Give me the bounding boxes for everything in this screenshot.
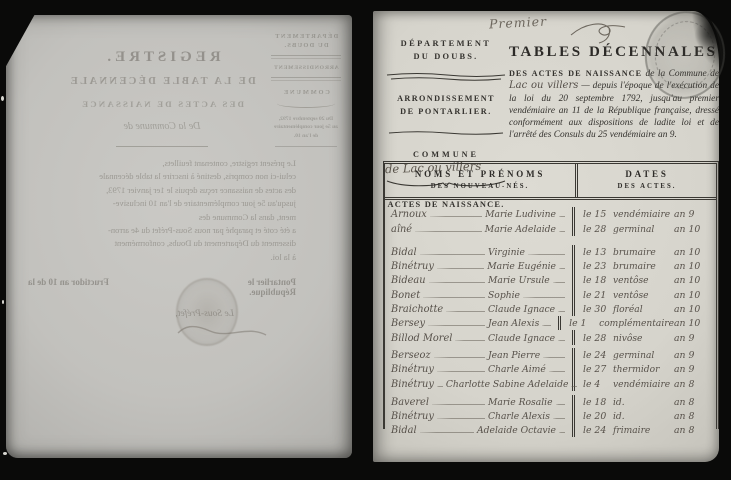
given-names-handwritten: Marie Rosalie — [488, 397, 553, 408]
dates-header-line2: DES ACTES. — [578, 183, 716, 190]
name-cell: Bideau Marie Ursule — [385, 273, 575, 287]
table-row: Berseoz Jean Pierre le 24 germinal an 9 — [385, 348, 716, 362]
dash-leader — [437, 371, 485, 372]
date-year-handwritten: an 10 — [674, 318, 710, 329]
surname-handwritten: Berseoz — [391, 350, 431, 361]
date-cell: le 30 floréal an 10 — [575, 302, 716, 316]
bleed-side-line: ARRONDISSEMENT — [262, 65, 350, 71]
intro-dash: — — [578, 81, 592, 91]
date-cell: le 13 brumaire an 10 — [575, 245, 716, 259]
dash-leader — [559, 216, 565, 217]
date-year-handwritten: an 8 — [674, 397, 710, 408]
bleed-side-smalltext: Du 20 septembre 1792, au 5e jour complém… — [262, 115, 350, 140]
dash-leader — [430, 216, 482, 217]
dash-leader — [437, 418, 485, 419]
surname-handwritten: Binétruy — [391, 379, 434, 390]
date-year-handwritten: an 8 — [674, 425, 710, 436]
bleed-date: Fructidor an 10 de la — [28, 277, 109, 287]
date-month-handwritten: brumaire — [613, 262, 674, 272]
name-cell: Bidal Virginie — [385, 245, 575, 259]
date-day-handwritten: le 24 — [583, 425, 613, 436]
dash-leader — [437, 268, 484, 269]
surname-wrap: Bidal — [391, 425, 477, 436]
date-month-handwritten: id. — [613, 398, 674, 408]
dash-leader — [432, 404, 485, 405]
date-month-handwritten: vendémiaire — [613, 380, 674, 390]
date-month-handwritten: complémentaire — [599, 319, 674, 329]
table-header: NOMS ET PRÉNOMS DES NOUVEAU-NÉS. DATES D… — [385, 164, 716, 200]
departement-label: DÉPARTEMENT — [383, 39, 509, 48]
date-month-handwritten: thermidor — [613, 365, 674, 375]
date-day-handwritten: le 20 — [583, 411, 613, 422]
date-year-handwritten: an 8 — [674, 379, 710, 390]
surname-wrap: Bersey — [391, 318, 488, 329]
dash-leader — [549, 371, 565, 372]
surname-wrap: Arnoux — [391, 209, 485, 220]
table-row: Bersey Jean Alexis le 1 complémentaire a… — [385, 316, 716, 330]
dash-leader — [420, 254, 485, 255]
date-day-handwritten: le 1 — [569, 318, 599, 329]
table-row: Bidal Adelaide Octavie le 24 frimaire an… — [385, 423, 716, 437]
departement-value: DU DOUBS. — [383, 52, 509, 61]
surname-wrap: Bidal — [391, 247, 488, 258]
bleed-side-rule — [271, 55, 341, 59]
surname-handwritten: aîné — [391, 224, 412, 235]
table-row: Arnoux Marie Ludivine le 15 vendémiaire … — [385, 207, 716, 221]
surname-handwritten: Arnoux — [391, 209, 427, 220]
date-month-handwritten: id. — [613, 412, 674, 422]
dash-leader — [428, 325, 485, 326]
date-cell: le 28 germinal an 10 — [575, 221, 716, 235]
film-speck — [3, 452, 7, 455]
dash-leader — [542, 325, 551, 326]
bleed-paragraph-line: Le présent registre, contenant feuillets… — [28, 157, 296, 170]
film-speck — [1, 96, 4, 101]
given-names-handwritten: Marie Ursule — [488, 275, 550, 286]
name-cell: Binétruy Marie Eugénie — [385, 259, 575, 273]
bleed-subtitle: DE LA TABLE DÉCENNALE — [28, 76, 296, 87]
dates-header: DATES DES ACTES. — [578, 164, 716, 197]
given-names-handwritten: Jean Pierre — [488, 350, 540, 361]
dash-leader — [556, 404, 565, 405]
bleed-side-line: DÉPARTEMENT — [262, 33, 350, 40]
date-cell: le 18 id. an 8 — [575, 395, 716, 409]
date-day-handwritten: le 23 — [583, 261, 613, 272]
date-cell: le 28 nivôse an 9 — [575, 330, 716, 344]
surname-handwritten: Braichotte — [391, 304, 443, 315]
surname-wrap: Bideau — [391, 275, 488, 286]
bleed-paragraph-line: des actes de naissance reçus depuis le 1… — [28, 184, 296, 197]
date-cell: le 20 id. an 8 — [575, 409, 716, 423]
name-cell: Braichotte Claude Ignace — [385, 302, 575, 316]
name-cell: Billod Morel Claude Ignace — [385, 330, 575, 344]
given-names-handwritten: Virginie — [488, 247, 525, 258]
given-names-handwritten: Charle Alexis — [488, 411, 550, 422]
surname-wrap: Bonet — [391, 290, 488, 301]
bleed-paragraph-line: dissement du Département du Doubs, confo… — [28, 237, 296, 250]
surname-handwritten: Baverel — [391, 397, 429, 408]
given-names-handwritten: Claude Ignace — [488, 304, 555, 315]
surname-wrap: Baverel — [391, 397, 488, 408]
dates-header-line1: DATES — [578, 169, 716, 179]
date-day-handwritten: le 28 — [583, 224, 613, 235]
surname-wrap: Berseoz — [391, 350, 488, 361]
date-month-handwritten: frimaire — [613, 426, 674, 436]
name-cell: Baverel Marie Rosalie — [385, 395, 575, 409]
surname-handwritten: Bidal — [391, 425, 417, 436]
table-row: Bonet Sophie le 21 ventôse an 10 — [385, 287, 716, 301]
date-year-handwritten: an 10 — [674, 261, 710, 272]
date-day-handwritten: le 21 — [583, 290, 613, 301]
table-row: Billod Morel Claude Ignace le 28 nivôse … — [385, 330, 716, 344]
ornamental-rule — [383, 68, 509, 86]
date-year-handwritten: an 9 — [674, 350, 710, 361]
dash-leader — [559, 432, 565, 433]
date-cell: le 24 germinal an 9 — [575, 348, 716, 362]
bleed-subtitle-2: DES ACTES DE NAISSANCE — [28, 99, 296, 109]
date-day-handwritten: le 18 — [583, 275, 613, 286]
date-month-handwritten: germinal — [613, 351, 674, 361]
table-row: Braichotte Claude Ignace le 30 floréal a… — [385, 302, 716, 316]
bleed-side-rule — [271, 77, 341, 81]
surname-handwritten: Bidal — [391, 247, 417, 258]
bleed-republique: République. — [28, 287, 296, 297]
dash-leader — [543, 357, 565, 358]
name-cell: Binétruy Charlotte Sabine Adelaide — [385, 376, 575, 390]
dash-leader — [558, 311, 565, 312]
table-row: Binétruy Charlotte Sabine Adelaide le 4 … — [385, 376, 716, 390]
date-year-handwritten: an 9 — [674, 333, 710, 344]
dash-leader — [455, 340, 485, 341]
surname-wrap: Braichotte — [391, 304, 488, 315]
arrondissement-value: DE PONTARLIER. — [383, 107, 509, 116]
surname-handwritten: Binétruy — [391, 364, 434, 375]
surname-handwritten: Bonet — [391, 290, 420, 301]
surname-handwritten: Bersey — [391, 318, 425, 329]
intro-commune-handwritten: Lac ou villers — [509, 80, 578, 91]
surname-wrap: Binétruy — [391, 364, 488, 375]
dash-leader — [446, 311, 485, 312]
handwriting-squiggle — [277, 99, 335, 108]
surname-handwritten: Binétruy — [391, 411, 434, 422]
table-row: Binétruy Marie Eugénie le 23 brumaire an… — [385, 259, 716, 273]
dash-leader — [423, 297, 485, 298]
date-month-handwritten: vendémiaire — [613, 210, 674, 220]
date-cell: le 23 brumaire an 10 — [575, 259, 716, 273]
bleed-paragraph-line: celui-ci non compris, destiné à inscrire… — [28, 170, 296, 183]
dash-leader — [420, 432, 474, 433]
dash-leader — [429, 282, 485, 283]
table-row: Bideau Marie Ursule le 18 ventôse an 10 — [385, 273, 716, 287]
bleed-side-line: DU DOUBS. — [262, 42, 350, 49]
dash-leader — [528, 254, 565, 255]
bleed-through-text: REGISTRE. DE LA TABLE DÉCENNALE DES ACTE… — [28, 29, 296, 344]
bleed-commune-label: De la Commune de — [124, 121, 201, 132]
given-names-handwritten: Sophie — [488, 290, 520, 301]
dash-leader — [434, 357, 485, 358]
bleed-footer-line: Pontarlier le Fructidor an 10 de la — [28, 277, 296, 287]
name-cell: Binétruy Charle Aimé — [385, 362, 575, 376]
date-cell: le 15 vendémiaire an 9 — [575, 207, 716, 221]
given-names-handwritten: Charlotte Sabine Adelaide — [446, 379, 569, 390]
date-month-handwritten: nivôse — [613, 334, 674, 344]
table-row: Binétruy Charle Alexis le 20 id. an 8 — [385, 409, 716, 423]
handwritten-folio-note: Premier — [489, 13, 548, 31]
names-header: NOMS ET PRÉNOMS DES NOUVEAU-NÉS. — [385, 164, 578, 197]
date-day-handwritten: le 30 — [583, 304, 613, 315]
date-year-handwritten: an 9 — [674, 364, 710, 375]
bleed-paragraph-line: jusqu'au 5e jour complémentaire de l'an … — [28, 197, 296, 210]
bleed-side-line: COMMUNE — [262, 89, 350, 96]
table-row: Baverel Marie Rosalie le 18 id. an 8 — [385, 395, 716, 409]
bleed-paragraph-line: ment, dans la Commune des — [28, 211, 296, 224]
table-row: Bidal Virginie le 13 brumaire an 10 — [385, 245, 716, 259]
dash-leader — [553, 282, 565, 283]
date-day-handwritten: le 4 — [583, 379, 613, 390]
date-day-handwritten: le 13 — [583, 247, 613, 258]
given-names-handwritten: Claude Ignace — [488, 333, 555, 344]
surname-handwritten: Binétruy — [391, 261, 434, 272]
given-names-handwritten: Marie Adelaide — [485, 224, 556, 235]
bleed-place: Pontarlier le — [248, 277, 296, 287]
dash-leader — [553, 418, 565, 419]
date-year-handwritten: an 9 — [674, 209, 710, 220]
date-cell: le 4 vendémiaire an 8 — [575, 376, 716, 390]
dash-leader — [558, 340, 565, 341]
surname-wrap: Binétruy — [391, 379, 446, 390]
date-month-handwritten: floréal — [613, 305, 674, 315]
date-cell: le 24 frimaire an 8 — [575, 423, 716, 437]
date-year-handwritten: an 10 — [674, 290, 710, 301]
date-year-handwritten: an 8 — [674, 411, 710, 422]
surname-wrap: Binétruy — [391, 411, 488, 422]
bleed-side-line: au 5e jour complémentaire — [262, 123, 350, 131]
date-cell: le 1 complémentaire an 10 — [561, 316, 716, 330]
date-year-handwritten: an 10 — [674, 247, 710, 258]
date-day-handwritten: le 28 — [583, 333, 613, 344]
name-cell: Bidal Adelaide Octavie — [385, 423, 575, 437]
table-row: Binétruy Charle Aimé le 27 thermidor an … — [385, 362, 716, 376]
surname-wrap: Billod Morel — [391, 333, 488, 344]
table-row: aîné Marie Adelaide le 28 germinal an 10 — [385, 221, 716, 235]
surname-wrap: Binétruy — [391, 261, 487, 272]
dash-leader — [523, 297, 565, 298]
date-day-handwritten: le 18 — [583, 397, 613, 408]
given-names-handwritten: Jean Alexis — [488, 318, 539, 329]
table-body: Arnoux Marie Ludivine le 15 vendémiaire … — [385, 200, 716, 437]
bleed-through-margin-column: DÉPARTEMENT DU DOUBS. ARRONDISSEMENT COM… — [262, 33, 350, 147]
arrondissement-label: ARRONDISSEMENT — [383, 94, 509, 103]
bleed-paragraph: Le présent registre, contenant feuillets… — [28, 157, 296, 264]
bleed-paragraph-line: à la loi. — [28, 251, 296, 264]
microfilm-scan: { "colors":{ "background":"#0a0a09", "pa… — [0, 0, 731, 480]
date-month-handwritten: ventôse — [613, 276, 674, 286]
name-cell: Berseoz Jean Pierre — [385, 348, 575, 362]
given-names-handwritten: Charle Aimé — [488, 364, 546, 375]
names-header-line2: DES NOUVEAU-NÉS. — [385, 183, 575, 190]
date-month-handwritten: brumaire — [613, 248, 674, 258]
dash-leader — [559, 268, 565, 269]
bleed-title: REGISTRE. — [28, 49, 296, 66]
surname-wrap: aîné — [391, 224, 485, 235]
ink-stamp-bleed — [176, 278, 238, 346]
date-day-handwritten: le 24 — [583, 350, 613, 361]
bleed-side-line: de l'an 10. — [262, 132, 350, 140]
dash-leader — [415, 231, 482, 232]
dash-leader — [437, 386, 443, 387]
bleed-side-line: Du 20 septembre 1792, — [262, 115, 350, 123]
surname-handwritten: Billod Morel — [391, 333, 452, 344]
date-year-handwritten: an 10 — [674, 304, 710, 315]
bleed-paragraph-line: a été coté et paraphé par nous Sous-Préf… — [28, 224, 296, 237]
bleed-divider-rule — [116, 146, 208, 147]
date-month-handwritten: ventôse — [613, 291, 674, 301]
name-cell: aîné Marie Adelaide — [385, 221, 575, 235]
bleed-commune-line: De la Commune de — [28, 121, 296, 132]
date-cell: le 21 ventôse an 10 — [575, 287, 716, 301]
right-page: Premier DÉPARTEMENT DU DOUBS. ARRONDISSE… — [373, 11, 719, 462]
names-header-line1: NOMS ET PRÉNOMS — [385, 169, 575, 179]
surname-handwritten: Bideau — [391, 275, 426, 286]
date-day-handwritten: le 27 — [583, 364, 613, 375]
given-names-handwritten: Marie Eugénie — [487, 261, 556, 272]
name-cell: Arnoux Marie Ludivine — [385, 207, 575, 221]
left-page: REGISTRE. DE LA TABLE DÉCENNALE DES ACTE… — [6, 15, 352, 458]
date-month-handwritten: germinal — [613, 225, 674, 235]
date-day-handwritten: le 15 — [583, 209, 613, 220]
given-names-handwritten: Adelaide Octavie — [477, 425, 556, 436]
ornamental-rule — [383, 123, 509, 141]
dash-leader — [559, 231, 565, 232]
given-names-handwritten: Marie Ludivine — [485, 209, 556, 220]
bleed-side-rule — [275, 146, 337, 147]
date-cell: le 18 ventôse an 10 — [575, 273, 716, 287]
date-year-handwritten: an 10 — [674, 275, 710, 286]
date-cell: le 27 thermidor an 9 — [575, 362, 716, 376]
name-cell: Bonet Sophie — [385, 287, 575, 301]
intro-lead: DES ACTES DE NAISSANCE — [509, 69, 642, 78]
film-speck — [2, 300, 4, 304]
date-year-handwritten: an 10 — [674, 224, 710, 235]
births-table: NOMS ET PRÉNOMS DES NOUVEAU-NÉS. DATES D… — [383, 161, 719, 429]
name-cell: Binétruy Charle Alexis — [385, 409, 575, 423]
name-cell: Bersey Jean Alexis — [385, 316, 561, 330]
